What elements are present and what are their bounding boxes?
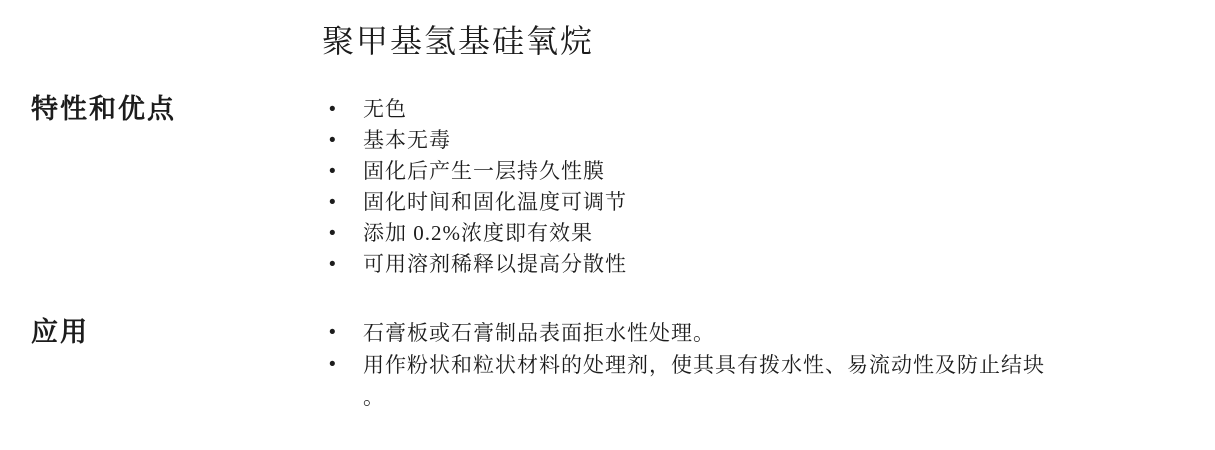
features-list: • 无色 • 基本无毒 • 固化后产生一层持久性膜 • 固化时间和固化温度可调节… [322,94,1160,280]
bullet-icon: • [322,218,363,249]
section-applications: 应用 • 石膏板或石膏制品表面拒水性处理。 • 用作粉状和粒状材料的处理剂，使其… [0,317,1215,413]
document-page: 聚甲基氢基硅氧烷 特性和优点 • 无色 • 基本无毒 • 固化后产生一层持久性膜 [0,0,1215,450]
bullet-icon: • [322,317,363,349]
list-item: • 固化时间和固化温度可调节 [322,187,1160,218]
product-title: 聚甲基氢基硅氧烷 [322,21,1160,61]
bullet-icon: • [322,156,363,187]
section-features: 特性和优点 • 无色 • 基本无毒 • 固化后产生一层持久性膜 • 固化时间和固 [0,94,1215,280]
list-item: • 基本无毒 [322,125,1160,156]
bullet-text: 可用溶剂稀释以提高分散性 [363,249,627,280]
bullet-text: 固化后产生一层持久性膜 [363,156,605,187]
applications-list: • 石膏板或石膏制品表面拒水性处理。 • 用作粉状和粒状材料的处理剂，使其具有拨… [322,317,1160,413]
bullet-icon: • [322,249,363,280]
list-item: • 石膏板或石膏制品表面拒水性处理。 [322,317,1160,349]
bullet-text: 固化时间和固化温度可调节 [363,187,627,218]
bullet-icon: • [322,349,363,381]
bullet-text: 用作粉状和粒状材料的处理剂，使其具有拨水性、易流动性及防止结块 。 [363,349,1045,413]
section-heading-applications: 应用 [31,317,322,348]
list-item: • 可用溶剂稀释以提高分散性 [322,249,1160,280]
bullet-icon: • [322,125,363,156]
section-heading-features: 特性和优点 [31,94,322,125]
bullet-text: 基本无毒 [363,125,451,156]
bullet-text: 无色 [363,94,407,125]
bullet-icon: • [322,187,363,218]
bullet-icon: • [322,94,363,125]
bullet-text: 石膏板或石膏制品表面拒水性处理。 [363,317,715,349]
list-item: • 无色 [322,94,1160,125]
list-item: • 固化后产生一层持久性膜 [322,156,1160,187]
list-item: • 添加 0.2%浓度即有效果 [322,218,1160,249]
bullet-text: 添加 0.2%浓度即有效果 [363,218,593,249]
title-row: 聚甲基氢基硅氧烷 [0,21,1215,61]
list-item: • 用作粉状和粒状材料的处理剂，使其具有拨水性、易流动性及防止结块 。 [322,349,1160,413]
